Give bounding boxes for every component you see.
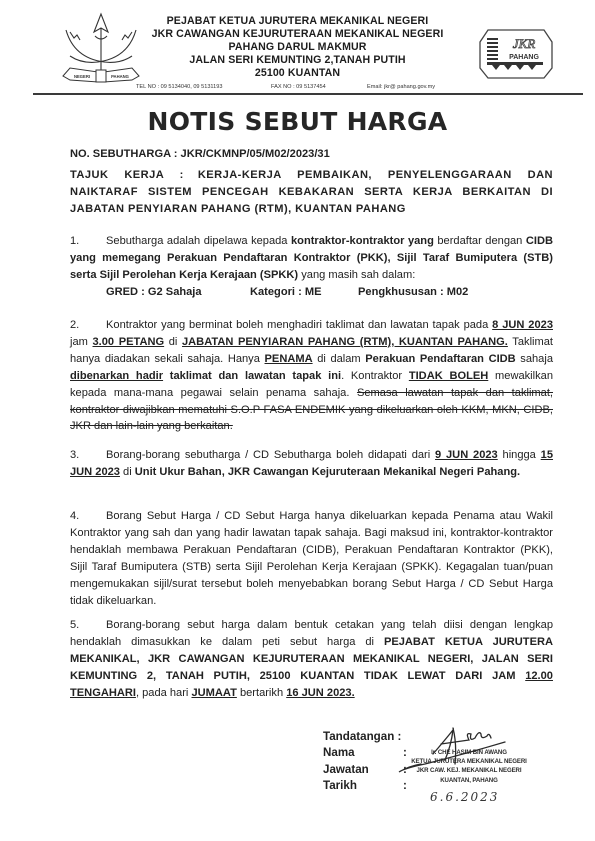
label-name: Nama:	[323, 745, 401, 761]
signature-labels: Tandatangan : Nama: Jawatan: Tarikh:	[323, 729, 401, 794]
submission-day: JUMAAT	[191, 687, 236, 699]
label-signature: Tandatangan :	[323, 729, 401, 745]
form-collection-place: Unit Ukur Bahan, JKR Cawangan Kejurutera…	[135, 466, 520, 478]
paragraph-5: 5.Borang-borang sebut harga dalam bentuk…	[70, 617, 553, 702]
header-email: Email: jkr@ pahang.gov.my	[367, 84, 435, 90]
briefing-venue: JABATAN PENYIARAN PAHANG (RTM), KUANTAN …	[182, 336, 508, 348]
handwritten-date: 6.6.2023	[430, 790, 499, 804]
briefing-time: 3.00 PETANG	[93, 336, 165, 348]
svg-text:JKR: JKR	[513, 36, 535, 51]
paragraph-1: 1.Sebutharga adalah dipelawa kepada kont…	[70, 233, 553, 284]
grade-requirement: GRED : G2 Sahaja	[106, 286, 202, 298]
paragraph-3: 3.Borang-borang sebutharga / CD Sebuthar…	[70, 447, 553, 481]
label-date: Tarikh:	[323, 778, 401, 794]
form-availability-start: 9 JUN 2023	[435, 449, 498, 461]
page-title: NOTIS SEBUT HARGA	[0, 107, 595, 136]
briefing-date: 8 JUN 2023	[492, 319, 553, 331]
jkr-pahang-logo: JKR PAHANG	[478, 28, 554, 80]
work-title: TAJUK KERJA :KERJA-KERJA PEMBAIKAN, PENY…	[70, 167, 553, 218]
header-fax: FAX NO : 09 5137454	[271, 84, 326, 90]
specialisation-requirement: Pengkhususan : M02	[358, 286, 468, 298]
work-title-label: TAJUK KERJA :	[70, 169, 184, 181]
handwritten-signature-icon	[395, 720, 535, 780]
svg-text:PAHANG: PAHANG	[509, 54, 539, 61]
paragraph-4: 4.Borang Sebut Harga / CD Sebut Harga ha…	[70, 508, 553, 609]
label-position: Jawatan:	[323, 762, 401, 778]
submission-date: 16 JUN 2023.	[286, 687, 354, 699]
paragraph-2: 2.Kontraktor yang berminat boleh menghad…	[70, 317, 553, 435]
category-requirement: Kategori : ME	[250, 286, 322, 298]
header-divider	[33, 93, 583, 95]
quotation-reference-number: NO. SEBUTHARGA : JKR/CKMNP/05/M02/2023/3…	[70, 148, 330, 160]
header-tel: TEL NO : 09 5134040, 09 5131193	[136, 84, 222, 90]
header-office-name: PEJABAT KETUA JURUTERA MEKANIKAL NEGERI	[0, 15, 595, 27]
